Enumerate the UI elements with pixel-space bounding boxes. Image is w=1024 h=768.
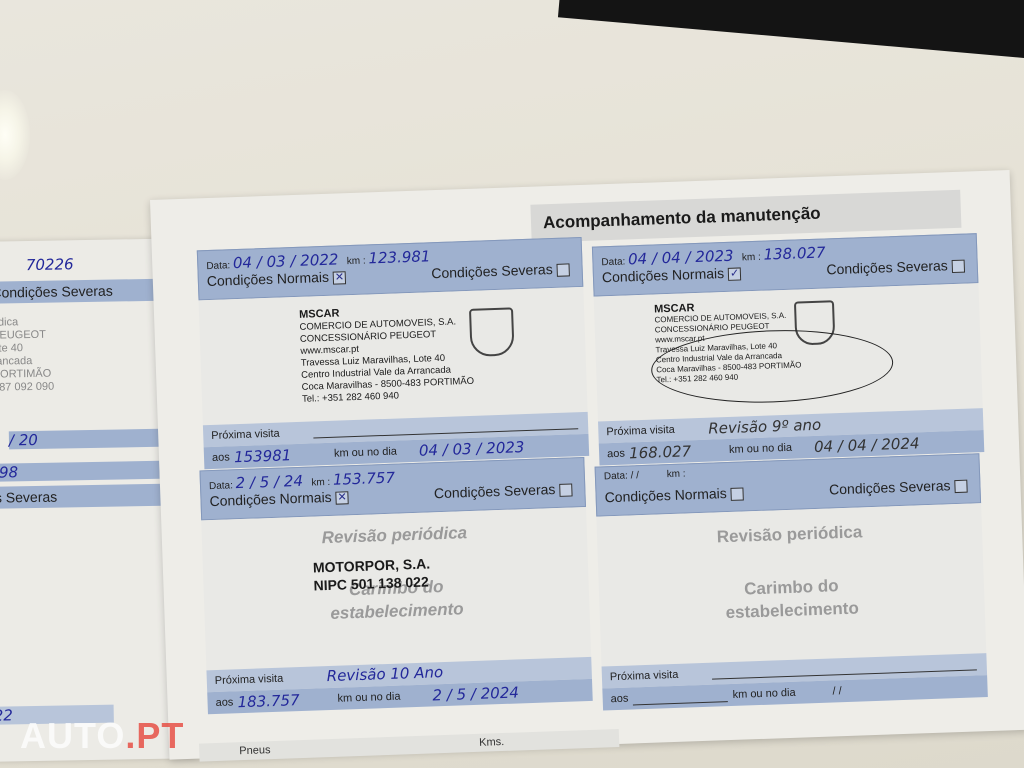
maintenance-booklet: 70226 Condições Severas ódica PEUGEOT ot… bbox=[0, 195, 1024, 768]
left-km: 70226 bbox=[26, 255, 74, 274]
entry-card-2: Data: 04 / 04 / 2023 km : 138.027 Condiç… bbox=[592, 233, 984, 465]
title-bar: Acompanhamento da manutenção bbox=[530, 190, 961, 243]
next-date[interactable]: / / bbox=[832, 685, 842, 697]
next-date: 2 / 5 / 2024 bbox=[432, 683, 519, 704]
light-glare bbox=[0, 90, 30, 180]
maintenance-page: Acompanhamento da manutenção Data: 04 / … bbox=[150, 170, 1024, 760]
entry-date: 2 / 5 / 24 bbox=[235, 472, 303, 492]
next-date: 04 / 03 / 2023 bbox=[419, 438, 525, 460]
entry-card-3: Data: 2 / 5 / 24 km : 153.757 Condições … bbox=[199, 457, 592, 714]
next-date: 04 / 04 / 2024 bbox=[814, 434, 920, 456]
workshop-stamp: MOTORPOR, S.A. NIPC 501 138 022 bbox=[313, 554, 431, 594]
next-visit-note: Revisão 9º ano bbox=[708, 416, 821, 438]
left-severe-label: Condições Severas bbox=[0, 279, 167, 304]
dealer-stamp: MSCAR COMERCIO DE AUTOMOVEIS, S.A. CONCE… bbox=[299, 303, 475, 406]
entry-km: 138.027 bbox=[763, 243, 826, 263]
entry-km: 123.981 bbox=[368, 247, 431, 267]
severe-checkbox[interactable] bbox=[556, 263, 569, 276]
stamp-area: Revisão periódica Carimbo do estabelecim… bbox=[596, 503, 986, 666]
dark-surface-edge bbox=[558, 0, 1024, 63]
stamp-area: MSCAR COMERCIO DE AUTOMOVEIS, S.A. CONCE… bbox=[199, 287, 588, 425]
left-date: / 20 bbox=[9, 429, 159, 450]
bottom-strip: Pneus Kms. bbox=[199, 729, 619, 762]
left-stamp-fragments: ódica PEUGEOT ote 40 rancada PORTIMÃO 28… bbox=[0, 316, 54, 395]
revision-ghost-text: Revisão periódica bbox=[597, 518, 982, 551]
severe-checkbox[interactable] bbox=[954, 479, 967, 492]
revision-ghost-text: Revisão periódica bbox=[202, 519, 587, 552]
normal-checkbox[interactable]: ✕ bbox=[333, 271, 346, 284]
next-km: 183.757 bbox=[237, 691, 300, 711]
severe-checkbox[interactable] bbox=[952, 259, 965, 272]
normal-checkbox[interactable]: ✓ bbox=[728, 267, 741, 280]
watermark-logo: AUTO.PT bbox=[20, 715, 184, 757]
next-visit-note: Revisão 10 Ano bbox=[326, 663, 443, 685]
normal-checkbox[interactable] bbox=[731, 487, 744, 500]
page-title: Acompanhamento da manutenção bbox=[543, 204, 821, 234]
stamp-area: Revisão periódica Carimbo do estabelecim… bbox=[201, 507, 591, 670]
entry-card-4: Data: / / km : Condições Normais Condiçõ… bbox=[595, 453, 988, 710]
peugeot-lion-icon bbox=[469, 307, 515, 357]
entry-km: 153.757 bbox=[333, 469, 396, 489]
entry-card-1: Data: 04 / 03 / 2022 km : 123.981 Condiç… bbox=[197, 237, 589, 469]
left-severe-label-2: s Severas bbox=[0, 484, 170, 509]
normal-checkbox[interactable]: ✕ bbox=[335, 491, 348, 504]
next-km: 168.027 bbox=[629, 442, 692, 462]
left-km-2: 298 bbox=[0, 461, 160, 482]
entry-date[interactable]: / / bbox=[630, 470, 642, 481]
next-km: 153981 bbox=[234, 446, 292, 466]
stamp-area: MSCAR COMERCIO DE AUTOMOVEIS, S.A. CONCE… bbox=[594, 283, 983, 421]
severe-checkbox[interactable] bbox=[559, 483, 572, 496]
